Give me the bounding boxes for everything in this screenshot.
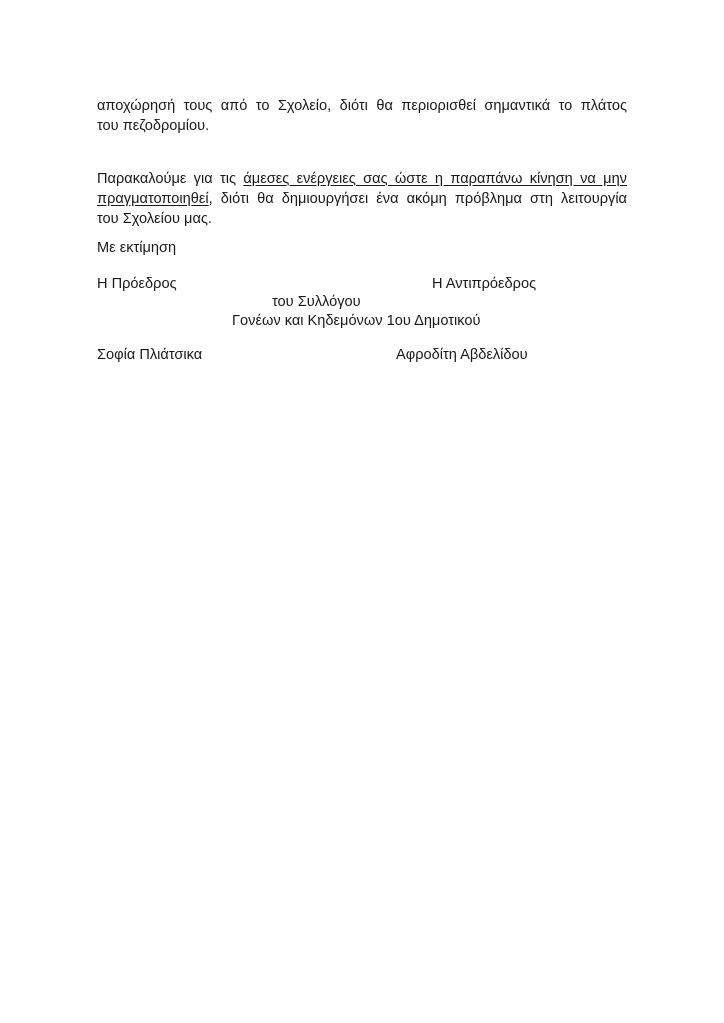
paragraph-line: πραγματοποιηθεί, διότι θα δημιουργήσει έ…	[97, 189, 627, 209]
paragraph-pavement: αποχώρησή τους από το Σχολείο, διότι θα …	[97, 96, 627, 136]
text-prefix: Παρακαλούμε για τις	[97, 171, 243, 187]
president-name: Σοφία Πλιάτσικα	[97, 345, 202, 365]
closing-salutation: Με εκτίμηση	[97, 238, 176, 258]
paragraph-line: του πεζοδρομίου.	[97, 116, 627, 136]
paragraph-line: του Σχολείου μας.	[97, 209, 627, 229]
underlined-text: πραγματοποιηθεί	[97, 191, 209, 207]
vice-president-name: Αφροδίτη Αβδελίδου	[396, 345, 528, 365]
paragraph-line: Παρακαλούμε για τις άμεσες ενέργειες σας…	[97, 169, 627, 189]
president-title: Η Πρόεδρος	[97, 274, 177, 294]
organization-line-1: του Συλλόγου	[272, 292, 361, 312]
paragraph-line: αποχώρησή τους από το Σχολείο, διότι θα …	[97, 96, 627, 116]
document-page: αποχώρησή τους από το Σχολείο, διότι θα …	[0, 0, 724, 1023]
paragraph-request: Παρακαλούμε για τις άμεσες ενέργειες σας…	[97, 169, 627, 229]
underlined-text: άμεσες ενέργειες σας ώστε η παραπάνω κίν…	[243, 171, 627, 187]
organization-line-2: Γονέων και Κηδεμόνων 1ου Δημοτικού	[232, 311, 480, 331]
text-rest: , διότι θα δημιουργήσει ένα ακόμη πρόβλη…	[209, 191, 627, 207]
vice-president-title: Η Αντιπρόεδρος	[432, 274, 536, 294]
